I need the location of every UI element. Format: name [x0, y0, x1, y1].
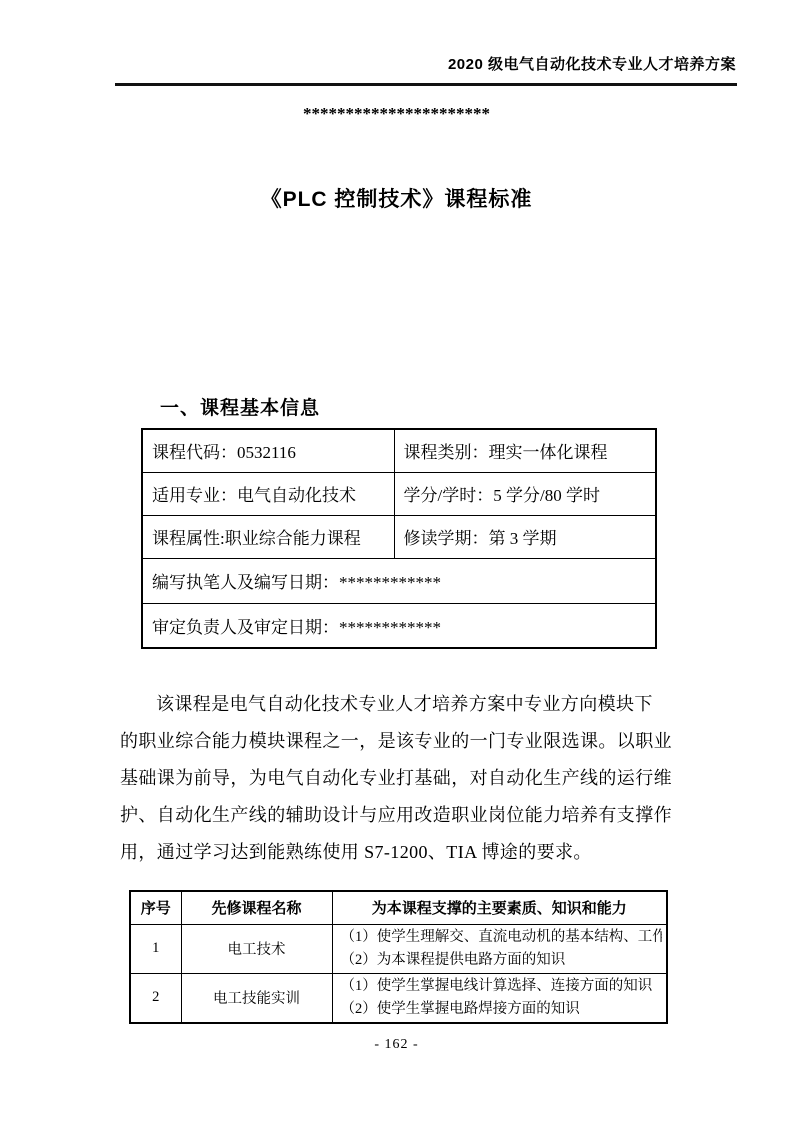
- info-cell-course-code: 课程代码：0532116: [142, 429, 394, 472]
- info-cell-credits-hours: 学分/学时：5 学分/80 学时: [394, 472, 656, 515]
- support-line: （1）使学生掌握电线计算选择、连接方面的知识: [341, 975, 663, 998]
- cell-row-number: 1: [130, 924, 181, 973]
- support-line: （2）使学生掌握电路焊接方面的知识: [341, 998, 663, 1021]
- prereq-header-row: 序号 先修课程名称 为本课程支撑的主要素质、知识和能力: [130, 891, 667, 924]
- info-cell-author-date: 编写执笔人及编写日期：************: [142, 558, 656, 603]
- info-cell-major: 适用专业：电气自动化技术: [142, 472, 394, 515]
- cell-support-detail: （1）使学生理解交、直流电动机的基本结构、工作原理 （2）为本课程提供电路方面的…: [332, 924, 667, 973]
- header-double-rule: [115, 83, 737, 86]
- paragraph-line: 护、自动化生产线的辅助设计与应用改造职业岗位能力培养有支撑作: [120, 797, 677, 834]
- info-cell-reviewer-date: 审定负责人及审定日期：************: [142, 603, 656, 648]
- info-row: 适用专业：电气自动化技术 学分/学时：5 学分/80 学时: [142, 472, 656, 515]
- intro-paragraph: 该课程是电气自动化技术专业人才培养方案中专业方向模块下 的职业综合能力模块课程之…: [120, 686, 677, 871]
- prereq-row: 2 电工技能实训 （1）使学生掌握电线计算选择、连接方面的知识 （2）使学生掌握…: [130, 973, 667, 1023]
- course-info-table: 课程代码：0532116 课程类别：理实一体化课程 适用专业：电气自动化技术 学…: [141, 428, 657, 649]
- cell-row-number: 2: [130, 973, 181, 1023]
- info-cell-course-type: 课程类别：理实一体化课程: [394, 429, 656, 472]
- info-row: 审定负责人及审定日期：************: [142, 603, 656, 648]
- page-number: - 162 -: [0, 1037, 793, 1053]
- document-title: 《PLC 控制技术》课程标准: [0, 183, 793, 213]
- paragraph-line: 用，通过学习达到能熟练使用 S7-1200、TIA 博途的要求。: [120, 834, 677, 871]
- cell-support-detail: （1）使学生掌握电线计算选择、连接方面的知识 （2）使学生掌握电路焊接方面的知识: [332, 973, 667, 1023]
- header-cell-support: 为本课程支撑的主要素质、知识和能力: [332, 891, 667, 924]
- support-line: （1）使学生理解交、直流电动机的基本结构、工作原理: [341, 926, 663, 949]
- info-cell-semester: 修读学期：第 3 学期: [394, 515, 656, 558]
- stars-divider: **********************: [0, 104, 793, 124]
- prerequisite-courses-table: 序号 先修课程名称 为本课程支撑的主要素质、知识和能力 1 电工技术 （1）使学…: [129, 890, 668, 1024]
- running-header-title: 2020 级电气自动化技术专业人才培养方案: [448, 53, 736, 74]
- cell-course-name: 电工技术: [181, 924, 332, 973]
- support-line: （2）为本课程提供电路方面的知识: [341, 949, 663, 972]
- document-page: 2020 级电气自动化技术专业人才培养方案 ******************…: [0, 0, 793, 1122]
- paragraph-line: 该课程是电气自动化技术专业人才培养方案中专业方向模块下: [120, 686, 677, 723]
- paragraph-line: 基础课为前导，为电气自动化专业打基础，对自动化生产线的运行维: [120, 760, 677, 797]
- prereq-row: 1 电工技术 （1）使学生理解交、直流电动机的基本结构、工作原理 （2）为本课程…: [130, 924, 667, 973]
- header-cell-course-name: 先修课程名称: [181, 891, 332, 924]
- info-row: 课程属性:职业综合能力课程 修读学期：第 3 学期: [142, 515, 656, 558]
- info-cell-course-attribute: 课程属性:职业综合能力课程: [142, 515, 394, 558]
- cell-course-name: 电工技能实训: [181, 973, 332, 1023]
- paragraph-line: 的职业综合能力模块课程之一，是该专业的一门专业限选课。以职业: [120, 723, 677, 760]
- header-cell-number: 序号: [130, 891, 181, 924]
- info-row: 编写执笔人及编写日期：************: [142, 558, 656, 603]
- section-heading-basic-info: 一、课程基本信息: [160, 393, 320, 420]
- info-row: 课程代码：0532116 课程类别：理实一体化课程: [142, 429, 656, 472]
